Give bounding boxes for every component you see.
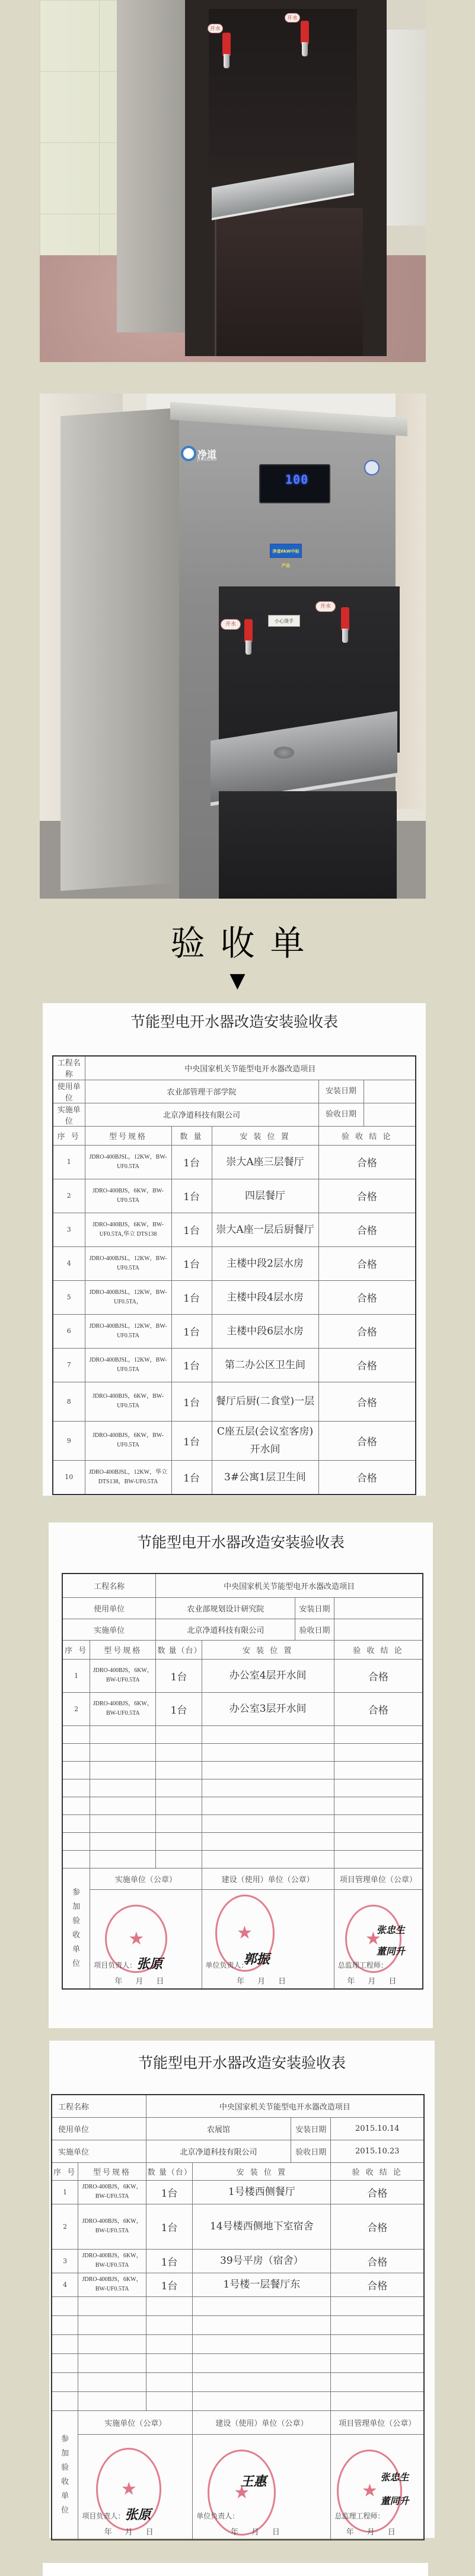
- row-qty: 1台: [146, 2273, 192, 2296]
- hot-water-label: 开水: [315, 601, 336, 612]
- sign-date: 年月日: [78, 2526, 192, 2537]
- row-location: 39号平房（宿舍）: [193, 2249, 331, 2273]
- signature: 张忠生 董同升: [376, 1920, 406, 1962]
- row-no: 5: [53, 1280, 85, 1314]
- signature: 郭振: [244, 1949, 270, 1968]
- row-result: 合格: [331, 2180, 424, 2204]
- col-header-location: 安 装 位 置: [212, 1126, 318, 1145]
- brand-logo: 净道 JINGDAO: [181, 446, 222, 465]
- acceptance-table: 工程名称 中央国家机关节能型电开水器改造项目 使用单位 农业部规划设计研究院 安…: [62, 1573, 423, 1990]
- hot-water-label: 开水: [285, 13, 300, 23]
- row-model: JDRO-400BJS，6KW，BW-UF0.5TA: [85, 1421, 171, 1460]
- empty-row: [62, 1797, 423, 1814]
- row-qty: 1台: [171, 1246, 212, 1280]
- row-no: 2: [53, 1179, 85, 1213]
- signature: 张忠生 董同升: [380, 2466, 409, 2513]
- row-location: 主楼中段4层水房: [212, 1280, 318, 1314]
- row-location: 3#公寓1层卫生间: [212, 1460, 318, 1495]
- label-impl-unit: 实施单位: [52, 2140, 146, 2162]
- row-result: 合格: [318, 1213, 416, 1246]
- col-header-result: 验 收 结 论: [318, 1126, 416, 1145]
- table-row: 2 JDRO-400BJS，6KW，BW-UF0.5TA 1台 办公室3层开水间…: [62, 1692, 423, 1725]
- empty-row: [52, 2391, 424, 2410]
- table-row: 4 JDRO-400BJS，6KW，BW-UF0.5TA 1台 1号楼一层餐厅东…: [52, 2273, 424, 2296]
- empty-row: [62, 1725, 423, 1743]
- accept-date: 2015.10.23: [331, 2140, 424, 2162]
- table-row: 1 JDRO-400BJS，6KW，BW-UF0.5TA 1台 办公室4层开水间…: [62, 1659, 423, 1692]
- hot-warning-label: 小心烫手: [268, 615, 300, 627]
- col-header-result: 验 收 结 论: [331, 2162, 424, 2180]
- row-no: 10: [53, 1460, 85, 1495]
- row-result: 合格: [331, 2204, 424, 2249]
- form-title: 节能型电开水器改造安装验收表: [43, 1010, 426, 1032]
- user-unit: 农业部管理干部学院: [85, 1080, 318, 1103]
- role-label: 单位负责人：: [206, 1960, 248, 1970]
- label-project-name: 工程名称: [62, 1573, 156, 1597]
- signoff-mgmt-cell: ★ 总监理工程师： 张忠生 董同升 年月日: [334, 1889, 423, 1989]
- col-header-model: 型号规格: [78, 2162, 146, 2180]
- row-model: JDRO-400BJS，6KW，BW-UF0.5TA: [78, 2204, 146, 2249]
- row-result: 合格: [318, 1280, 416, 1314]
- row-qty: 1台: [171, 1382, 212, 1421]
- row-no: 9: [53, 1421, 85, 1460]
- label-project-name: 工程名称: [52, 2095, 146, 2117]
- accept-date: [364, 1103, 416, 1126]
- acceptance-table: 工程名称 中央国家机关节能型电开水器改造项目 使用单位 农业部管理干部学院 安装…: [52, 1055, 416, 1495]
- row-qty: 1台: [171, 1145, 212, 1179]
- project-name: 中央国家机关节能型电开水器改造项目: [146, 2095, 424, 2117]
- user-unit: 农展馆: [146, 2117, 291, 2140]
- row-model: JDRO-400BJS，6KW，BW-UF0.5TA: [78, 2249, 146, 2273]
- row-no: 1: [53, 1145, 85, 1179]
- sign-date: 年月日: [331, 2526, 423, 2537]
- signoff-header-impl: 实施单位（公章）: [90, 1868, 202, 1889]
- signoff-header-user: 建设（使用）单位（公章）: [202, 1868, 334, 1889]
- label-impl-unit: 实施单位: [53, 1103, 85, 1126]
- row-model: JDRO-400BJS，6KW，BW-UF0.5TA: [85, 1179, 171, 1213]
- down-arrow-icon: ▼: [0, 970, 475, 991]
- row-result: 合格: [334, 1692, 423, 1725]
- col-header-location: 安 装 位 置: [202, 1640, 334, 1659]
- next-form-sheet: [43, 2563, 428, 2576]
- faucet-icon: [301, 21, 309, 45]
- row-result: 合格: [331, 2273, 424, 2296]
- label-user-unit: 使用单位: [52, 2117, 146, 2140]
- signoff-impl-cell: ★ 项目负责人： 张原 年月日: [90, 1889, 202, 1989]
- row-no: 2: [62, 1692, 90, 1725]
- row-result: 合格: [334, 1659, 423, 1692]
- signoff-impl-cell: ★ 项目负责人： 张原 年月日: [78, 2434, 193, 2540]
- sign-date: 年月日: [334, 1975, 422, 1986]
- label-user-unit: 使用单位: [53, 1080, 85, 1103]
- row-qty: 1台: [171, 1460, 212, 1495]
- row-result: 合格: [318, 1382, 416, 1421]
- signoff-user-cell: ★ 单位负责人： 郭振 年月日: [202, 1889, 334, 1989]
- sign-date: 年月日: [202, 1975, 334, 1986]
- col-header-qty: 数 量（台）: [146, 2162, 192, 2180]
- section-title: 验收单: [0, 922, 475, 965]
- label-user-unit: 使用单位: [62, 1597, 156, 1619]
- row-location: 四层餐厅: [212, 1179, 318, 1213]
- product-badge: 净道6kW中标产品: [270, 544, 302, 558]
- product-photo-1: 开水 开水: [40, 0, 426, 362]
- row-qty: 1台: [146, 2204, 192, 2249]
- cabinet-door: [215, 208, 363, 356]
- row-location: 14号楼西侧地下室宿舍: [193, 2204, 331, 2249]
- row-model: JDRO-400BJS，6KW，BW-UF0.5TA: [78, 2180, 146, 2204]
- row-location: 1号楼西侧餐厅: [193, 2180, 331, 2204]
- row-model: JDRO-400BJS，6KW，BW-UF0.5TA: [90, 1692, 156, 1725]
- row-location: 崇大A座一层后厨餐厅: [212, 1213, 318, 1246]
- hot-water-label: 开水: [208, 24, 223, 33]
- signature: 张原: [136, 1954, 162, 1972]
- table-row: 4 JDRO-400BJSL，12KW，BW-UF0.5TA 1台 主楼中段2层…: [53, 1246, 416, 1280]
- row-qty: 1台: [171, 1314, 212, 1348]
- row-result: 合格: [318, 1145, 416, 1179]
- row-result: 合格: [318, 1348, 416, 1382]
- row-result: 合格: [331, 2249, 424, 2273]
- table-row: 1 JDRO-400BJSL，12KW，BW-UF0.5TA 1台 崇大A座三层…: [53, 1145, 416, 1179]
- col-header-no: 序 号: [53, 1126, 85, 1145]
- row-no: 1: [62, 1659, 90, 1692]
- role-label: 单位负责人：: [196, 2511, 239, 2521]
- acceptance-table: 工程名称 中央国家机关节能型电开水器改造项目 使用单位 农展馆 安装日期 201…: [51, 2094, 425, 2540]
- install-date: [334, 1597, 423, 1619]
- row-no: 6: [53, 1314, 85, 1348]
- row-model: JDRO-400BJSL，12KW，BW-UF0.5TA: [85, 1314, 171, 1348]
- row-no: 2: [52, 2204, 78, 2249]
- project-name: 中央国家机关节能型电开水器改造项目: [85, 1056, 416, 1080]
- cabinet-door: [219, 791, 397, 899]
- exhibition-hall-seal-icon: ★: [208, 2450, 276, 2536]
- label-install-date: 安装日期: [319, 1080, 364, 1103]
- signoff-header-impl: 实施单位（公章）: [78, 2410, 193, 2434]
- table-row: 5 JDRO-400BJSL，12KW，BW-UF0.5TA， 1台 主楼中段4…: [53, 1280, 416, 1314]
- boiler-side-panel: [60, 407, 197, 891]
- table-row: 9 JDRO-400BJS，6KW，BW-UF0.5TA 1台 C座五层(会议室…: [53, 1421, 416, 1460]
- col-header-result: 验 收 结 论: [334, 1640, 423, 1659]
- role-label: 项目负责人：: [82, 2511, 125, 2521]
- row-location: 办公室3层开水间: [202, 1692, 334, 1725]
- faucet-icon: [222, 33, 231, 56]
- empty-row: [52, 2353, 424, 2372]
- label-accept-date: 验收日期: [295, 1619, 334, 1640]
- label-install-date: 安装日期: [295, 1597, 334, 1619]
- table-row: 2 JDRO-400BJS，6KW，BW-UF0.5TA 1台 14号楼西侧地下…: [52, 2204, 424, 2249]
- row-qty: 1台: [146, 2249, 192, 2273]
- row-location: 崇大A座三层餐厅: [212, 1145, 318, 1179]
- certification-seal-icon: [364, 460, 380, 475]
- hot-water-label: 开水: [221, 619, 241, 630]
- row-location: 主楼中段2层水房: [212, 1246, 318, 1280]
- row-result: 合格: [318, 1314, 416, 1348]
- row-no: 8: [53, 1382, 85, 1421]
- row-no: 4: [52, 2273, 78, 2296]
- user-unit: 农业部规划设计研究院: [156, 1597, 295, 1619]
- empty-row: [62, 1743, 423, 1761]
- col-header-qty: 数 量（台）: [156, 1640, 202, 1659]
- row-location: 餐厅后厨(二食堂)一层: [212, 1382, 318, 1421]
- row-no: 3: [52, 2249, 78, 2273]
- row-no: 4: [53, 1246, 85, 1280]
- impl-unit: 北京净道科技有限公司: [146, 2140, 291, 2162]
- row-model: JDRO-400BJS，6KW，BW-UF0.5TA: [90, 1659, 156, 1692]
- project-name: 中央国家机关节能型电开水器改造项目: [156, 1573, 423, 1597]
- empty-row: [52, 2296, 424, 2315]
- sign-date: 年月日: [90, 1975, 201, 1986]
- row-location: 1号楼一层餐厅东: [193, 2273, 331, 2296]
- tap-niche: [209, 9, 357, 178]
- empty-row: [52, 2315, 424, 2334]
- row-model: JDRO-400BJS，6KW，BW-UF0.5TA,华立 DTS138: [85, 1213, 171, 1246]
- table-row: 10 JDRO-400BJSL，12KW，华立 DTS138，BW-UF0.5T…: [53, 1460, 416, 1495]
- temperature-value: 100: [285, 472, 308, 487]
- impl-unit: 北京净道科技有限公司: [156, 1619, 295, 1640]
- signoff-header-mgmt: 项目管理单位（公章）: [334, 1868, 423, 1889]
- label-project-name: 工程名称: [53, 1056, 85, 1080]
- signoff-side-label: 参加验收单位: [52, 2410, 78, 2540]
- col-header-no: 序 号: [52, 2162, 78, 2180]
- acceptance-form-1: 节能型电开水器改造安装验收表 工程名称 中央国家机关节能型电开水器改造项目 使用…: [43, 1003, 426, 1496]
- row-result: 合格: [318, 1246, 416, 1280]
- signature: 张原: [125, 2505, 151, 2523]
- row-qty: 1台: [156, 1692, 202, 1725]
- row-location: 主楼中段6层水房: [212, 1314, 318, 1348]
- row-model: JDRO-400BJSL，12KW，BW-UF0.5TA: [85, 1145, 171, 1179]
- faucet-icon: [244, 619, 253, 643]
- col-header-no: 序 号: [62, 1640, 90, 1659]
- install-date: [364, 1080, 416, 1103]
- temperature-display: 100: [259, 464, 330, 503]
- row-qty: 1台: [171, 1348, 212, 1382]
- row-result: 合格: [318, 1421, 416, 1460]
- empty-row: [52, 2334, 424, 2353]
- row-model: JDRO-400BJSL，12KW，BW-UF0.5TA，: [85, 1280, 171, 1314]
- acceptance-form-3: 节能型电开水器改造安装验收表 工程名称 中央国家机关节能型电开水器改造项目 使用…: [49, 2041, 435, 2538]
- role-label: 项目负责人：: [94, 1960, 136, 1970]
- table-row: 3 JDRO-400BJS，6KW，BW-UF0.5TA,华立 DTS138 1…: [53, 1213, 416, 1246]
- signature: 王惠: [240, 2472, 266, 2490]
- product-photo-2: 净道 JINGDAO 100 净道6kW中标产品 小心烫手 开水 开水: [40, 394, 426, 899]
- signoff-mgmt-cell: ★ 总监理工程师： 张忠生 董同升 年月日: [331, 2434, 424, 2540]
- table-row: 3 JDRO-400BJS，6KW，BW-UF0.5TA 1台 39号平房（宿舍…: [52, 2249, 424, 2273]
- col-header-location: 安 装 位 置: [193, 2162, 331, 2180]
- signoff-header-user: 建设（使用）单位（公章）: [193, 2410, 331, 2434]
- col-header-model: 型号规格: [90, 1640, 156, 1659]
- row-location: 办公室4层开水间: [202, 1659, 334, 1692]
- signoff-side-label: 参加验收单位: [62, 1868, 90, 1989]
- brand-logo-icon: [181, 446, 196, 461]
- row-no: 1: [52, 2180, 78, 2204]
- empty-row: [62, 1761, 423, 1779]
- table-row: 6 JDRO-400BJSL，12KW，BW-UF0.5TA 1台 主楼中段6层…: [53, 1314, 416, 1348]
- row-result: 合格: [318, 1179, 416, 1213]
- row-qty: 1台: [171, 1421, 212, 1460]
- row-model: JDRO-400BJSL，12KW，华立 DTS138，BW-UF0.5TA: [85, 1460, 171, 1495]
- role-label: 总监理工程师：: [334, 2511, 384, 2521]
- col-header-qty: 数 量: [171, 1126, 212, 1145]
- row-qty: 1台: [156, 1659, 202, 1692]
- empty-row: [52, 2372, 424, 2391]
- signoff-header-mgmt: 项目管理单位（公章）: [331, 2410, 424, 2434]
- brand-subtitle: JINGDAO: [197, 458, 217, 462]
- empty-row: [62, 1832, 423, 1850]
- drain-icon: [274, 747, 294, 759]
- table-row: 8 JDRO-400BJS，6KW，BW-UF0.5TA 1台 餐厅后厨(二食堂…: [53, 1382, 416, 1421]
- install-date: 2015.10.14: [331, 2117, 424, 2140]
- label-accept-date: 验收日期: [291, 2140, 331, 2162]
- row-model: JDRO-400BJSL，12KW，BW-UF0.5TA: [85, 1246, 171, 1280]
- label-accept-date: 验收日期: [319, 1103, 364, 1126]
- row-model: JDRO-400BJSL，12KW，BW-UF0.5TA: [85, 1348, 171, 1382]
- table-row: 7 JDRO-400BJSL，12KW，BW-UF0.5TA 1台 第二办公区卫…: [53, 1348, 416, 1382]
- table-row: 2 JDRO-400BJS，6KW，BW-UF0.5TA 1台 四层餐厅 合格: [53, 1179, 416, 1213]
- boiler-side-panel: [117, 0, 188, 332]
- form-title: 节能型电开水器改造安装验收表: [49, 1531, 433, 1552]
- row-qty: 1台: [171, 1280, 212, 1314]
- sign-date: 年月日: [193, 2526, 330, 2537]
- faucet-icon: [341, 607, 349, 631]
- row-model: JDRO-400BJS，6KW，BW-UF0.5TA: [85, 1382, 171, 1421]
- table-row: 1 JDRO-400BJS，6KW，BW-UF0.5TA 1台 1号楼西侧餐厅 …: [52, 2180, 424, 2204]
- row-qty: 1台: [171, 1213, 212, 1246]
- row-location: 第二办公区卫生间: [212, 1348, 318, 1382]
- empty-row: [62, 1779, 423, 1797]
- accept-date: [334, 1619, 423, 1640]
- row-no: 3: [53, 1213, 85, 1246]
- row-qty: 1台: [171, 1179, 212, 1213]
- col-header-model: 型号规格: [85, 1126, 171, 1145]
- row-location: C座五层(会议室客房)开水间: [212, 1421, 318, 1460]
- signoff-user-cell: ★ 单位负责人： 王惠 年月日: [193, 2434, 331, 2540]
- label-install-date: 安装日期: [291, 2117, 331, 2140]
- empty-row: [62, 1850, 423, 1868]
- acceptance-form-2: 节能型电开水器改造安装验收表 工程名称 中央国家机关节能型电开水器改造项目 使用…: [49, 1522, 433, 2028]
- label-impl-unit: 实施单位: [62, 1619, 156, 1640]
- impl-unit: 北京净道科技有限公司: [85, 1103, 318, 1126]
- row-no: 7: [53, 1348, 85, 1382]
- row-qty: 1台: [146, 2180, 192, 2204]
- row-result: 合格: [318, 1460, 416, 1495]
- form-title: 节能型电开水器改造安装验收表: [49, 2051, 435, 2073]
- empty-row: [62, 1814, 423, 1832]
- row-model: JDRO-400BJS，6KW，BW-UF0.5TA: [78, 2273, 146, 2296]
